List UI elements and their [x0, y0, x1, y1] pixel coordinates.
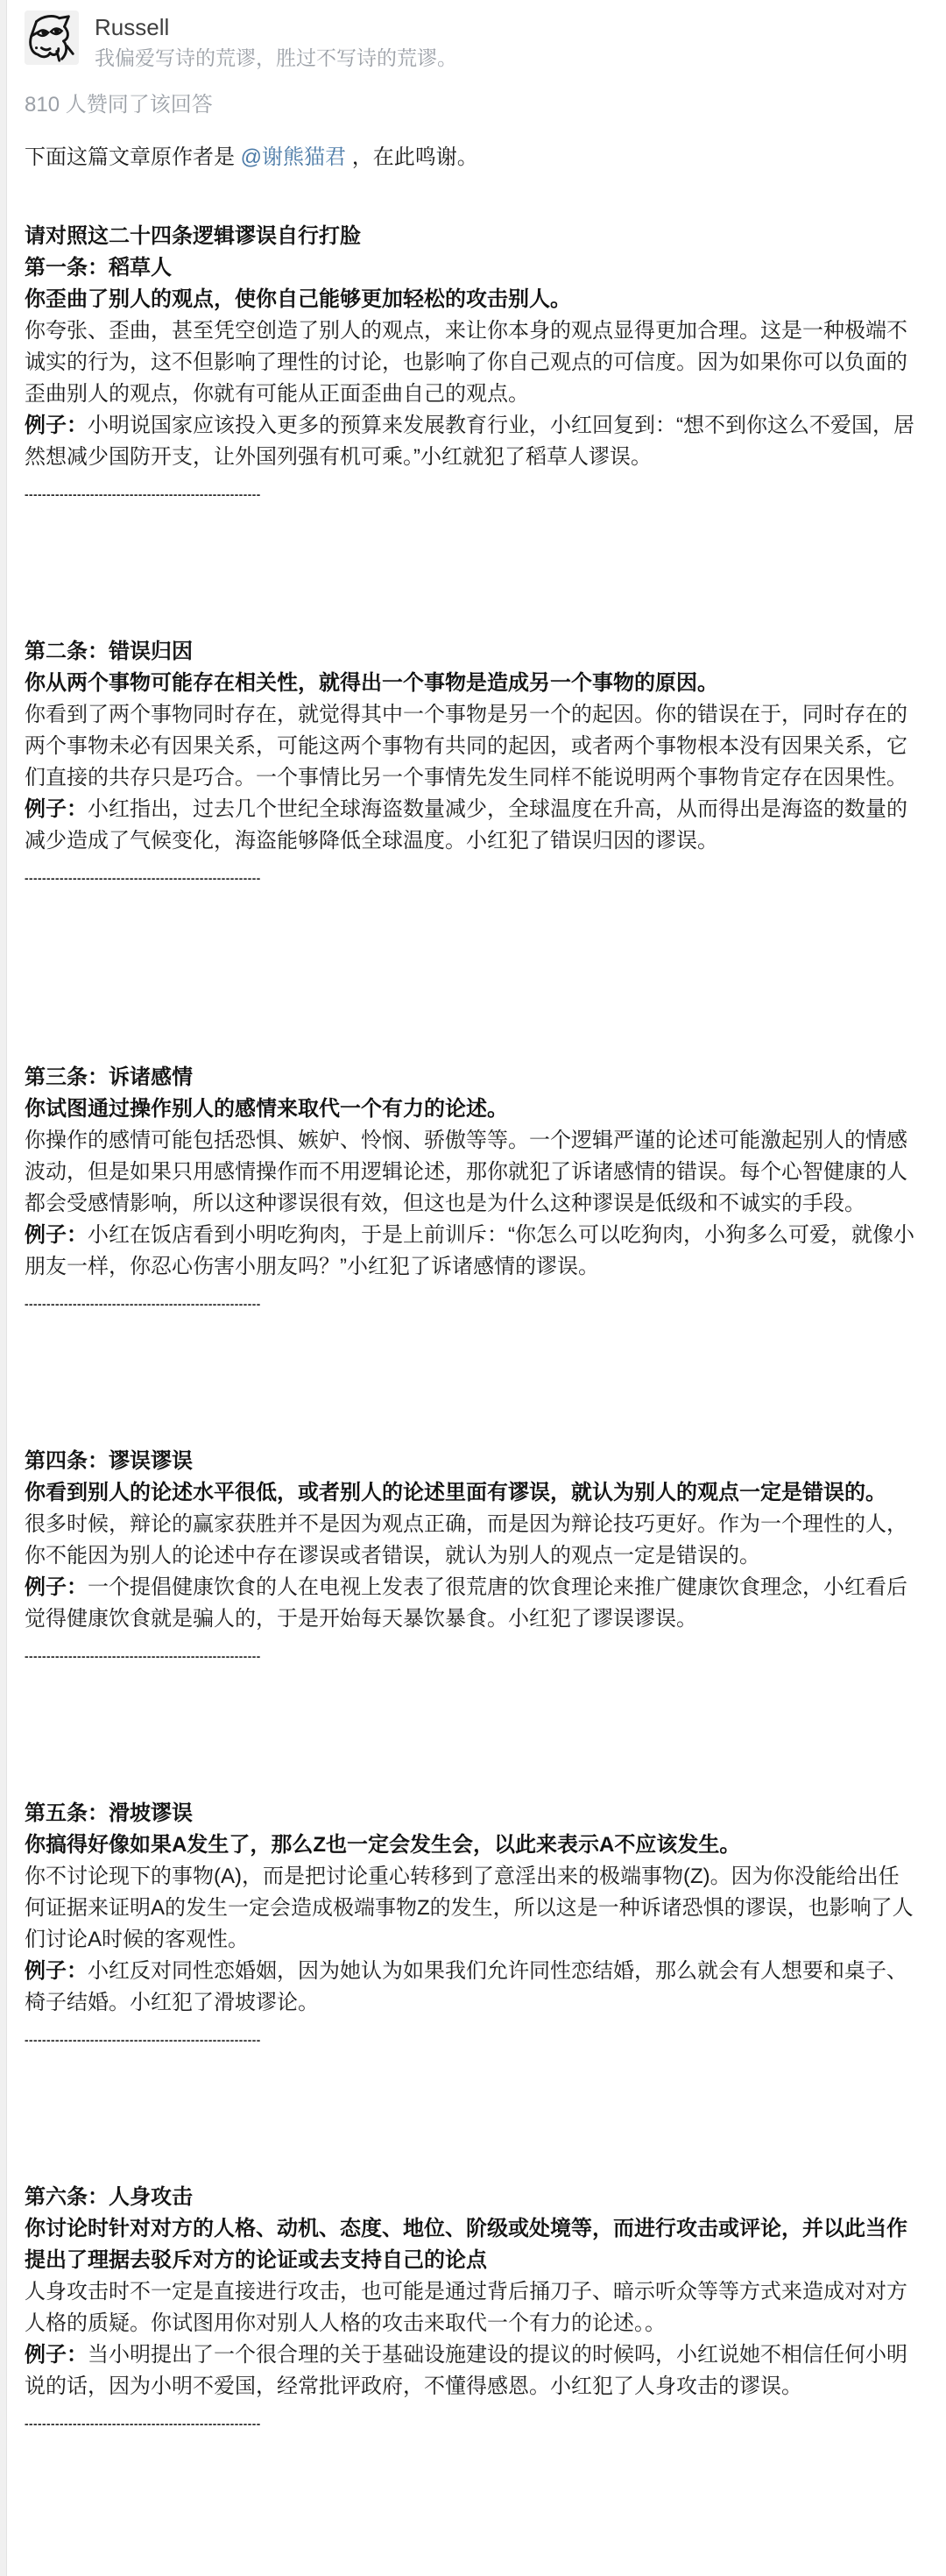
section-body: 人身攻击时不一定是直接进行攻击，也可能是通过背后捅刀子、暗示听众等等方式来造成对…: [25, 2276, 920, 2339]
section-example: 例子：小红指出，过去几个世纪全球海盗数量减少，全球温度在升高，从而得出是海盗的数…: [25, 794, 920, 857]
upvote-count: 810 人赞同了该回答: [25, 91, 920, 119]
hand-drawn-animal-icon: [25, 11, 79, 65]
fallacy-section-5: 第五条：滑坡谬误 你搞得好像如果A发生了，那么Z也一定会发生会，以此来表示A不应…: [25, 1798, 920, 2049]
section-example: 例子：当小明提出了一个很合理的关于基础设施建设的提议的时候吗，小红说她不相信任何…: [25, 2339, 920, 2403]
dashed-separator: ----------------------------------------…: [25, 871, 920, 887]
section-thesis: 你歪曲了别人的观点，使你自己能够更加轻松的攻击别人。: [25, 284, 920, 315]
dashed-separator: ----------------------------------------…: [25, 1649, 920, 1665]
example-label: 例子：: [25, 1959, 88, 1983]
dashed-separator: ----------------------------------------…: [25, 2417, 920, 2432]
example-label: 例子：: [25, 1575, 88, 1599]
fallacy-section-4: 第四条：谬误谬误 你看到别人的论述水平很低，或者别人的论述里面有谬误，就认为别人…: [25, 1446, 920, 1665]
section-heading: 第三条：诉诸感情: [25, 1062, 920, 1093]
example-text: 小红指出，过去几个世纪全球海盗数量减少，全球温度在升高，从而得出是海盗的数量的减…: [25, 797, 907, 853]
author-avatar[interactable]: [25, 11, 79, 65]
fallacy-section-2: 第二条：错误归因 你从两个事物可能存在相关性，就得出一个事物是造成另一个事物的原…: [25, 636, 920, 887]
dashed-separator: ----------------------------------------…: [25, 487, 920, 503]
fallacy-section-6: 第六条：人身攻击 你讨论时针对对方的人格、动机、态度、地位、阶级或处境等，而进行…: [25, 2182, 920, 2432]
section-body: 你夸张、歪曲，甚至凭空创造了别人的观点，来让你本身的观点显得更加合理。这是一种极…: [25, 315, 920, 410]
section-thesis: 你从两个事物可能存在相关性，就得出一个事物是造成另一个事物的原因。: [25, 668, 920, 699]
attribution-line: 下面这篇文章原作者是 @谢熊猫君 ，在此鸣谢。: [25, 142, 920, 173]
example-label: 例子：: [25, 1223, 88, 1247]
section-example: 例子：一个提倡健康饮食的人在电视上发表了很荒唐的饮食理论来推广健康饮食理念，小红…: [25, 1572, 920, 1635]
section-heading: 第六条：人身攻击: [25, 2182, 920, 2213]
mention-link[interactable]: @谢熊猫君: [241, 145, 346, 169]
section-thesis: 你讨论时针对对方的人格、动机、态度、地位、阶级或处境等，而进行攻击或评论，并以此…: [25, 2213, 920, 2276]
section-example: 例子：小红在饭店看到小明吃狗肉，于是上前训斥：“你怎么可以吃狗肉，小狗多么可爱，…: [25, 1220, 920, 1283]
fallacy-section-3: 第三条：诉诸感情 你试图通过操作别人的感情来取代一个有力的论述。 你操作的感情可…: [25, 1062, 920, 1313]
example-label: 例子：: [25, 2343, 88, 2367]
section-heading: 第一条：稻草人: [25, 252, 920, 284]
attribution-prefix: 下面这篇文章原作者是: [25, 145, 241, 169]
author-header: Russell 我偏爱写诗的荒谬，胜过不写诗的荒谬。: [25, 11, 920, 72]
example-label: 例子：: [25, 414, 88, 437]
article-title: 请对照这二十四条逻辑谬误自行打脸: [25, 221, 920, 252]
example-text: 小明说国家应该投入更多的预算来发展教育行业，小红回复到：“想不到你这么不爱国，居…: [25, 414, 914, 469]
author-meta: Russell 我偏爱写诗的荒谬，胜过不写诗的荒谬。: [95, 11, 457, 72]
dashed-separator: ----------------------------------------…: [25, 1297, 920, 1313]
example-text: 小红反对同性恋婚姻，因为她认为如果我们允许同性恋结婚，那么就会有人想要和桌子、椅…: [25, 1959, 907, 2014]
article-body: 请对照这二十四条逻辑谬误自行打脸 第一条：稻草人 你歪曲了别人的观点，使你自己能…: [25, 221, 920, 2432]
section-body: 你不讨论现下的事物(A)，而是把讨论重心转移到了意淫出来的极端事物(Z)。因为你…: [25, 1861, 920, 1956]
answer-card: Russell 我偏爱写诗的荒谬，胜过不写诗的荒谬。 810 人赞同了该回答 下…: [0, 0, 946, 2432]
example-text: 小红在饭店看到小明吃狗肉，于是上前训斥：“你怎么可以吃狗肉，小狗多么可爱，就像小…: [25, 1223, 914, 1278]
section-body: 你操作的感情可能包括恐惧、嫉妒、怜悯、骄傲等等。一个逻辑严谨的论述可能激起别人的…: [25, 1125, 920, 1220]
dashed-separator: ----------------------------------------…: [25, 2033, 920, 2049]
example-text: 一个提倡健康饮食的人在电视上发表了很荒唐的饮食理论来推广健康饮食理念，小红看后觉…: [25, 1575, 907, 1631]
section-heading: 第二条：错误归因: [25, 636, 920, 668]
section-thesis: 你试图通过操作别人的感情来取代一个有力的论述。: [25, 1093, 920, 1125]
attribution-suffix: ，在此鸣谢。: [346, 145, 478, 169]
section-heading: 第五条：滑坡谬误: [25, 1798, 920, 1829]
author-name[interactable]: Russell: [95, 12, 457, 42]
example-text: 当小明提出了一个很合理的关于基础设施建设的提议的时候吗，小红说她不相信任何小明说…: [25, 2343, 907, 2398]
window-left-edge: [0, 0, 7, 2576]
fallacy-section-1: 第一条：稻草人 你歪曲了别人的观点，使你自己能够更加轻松的攻击别人。 你夸张、歪…: [25, 252, 920, 503]
section-thesis: 你搞得好像如果A发生了，那么Z也一定会发生会，以此来表示A不应该发生。: [25, 1829, 920, 1861]
author-bio: 我偏爱写诗的荒谬，胜过不写诗的荒谬。: [95, 44, 457, 72]
section-heading: 第四条：谬误谬误: [25, 1446, 920, 1477]
section-thesis: 你看到别人的论述水平很低，或者别人的论述里面有谬误，就认为别人的观点一定是错误的…: [25, 1477, 920, 1509]
section-body: 你看到了两个事物同时存在，就觉得其中一个事物是另一个的起因。你的错误在于，同时存…: [25, 699, 920, 794]
section-example: 例子：小红反对同性恋婚姻，因为她认为如果我们允许同性恋结婚，那么就会有人想要和桌…: [25, 1956, 920, 2019]
section-body: 很多时候，辩论的赢家获胜并不是因为观点正确，而是因为辩论技巧更好。作为一个理性的…: [25, 1509, 920, 1572]
section-example: 例子：小明说国家应该投入更多的预算来发展教育行业，小红回复到：“想不到你这么不爱…: [25, 410, 920, 473]
example-label: 例子：: [25, 797, 88, 821]
